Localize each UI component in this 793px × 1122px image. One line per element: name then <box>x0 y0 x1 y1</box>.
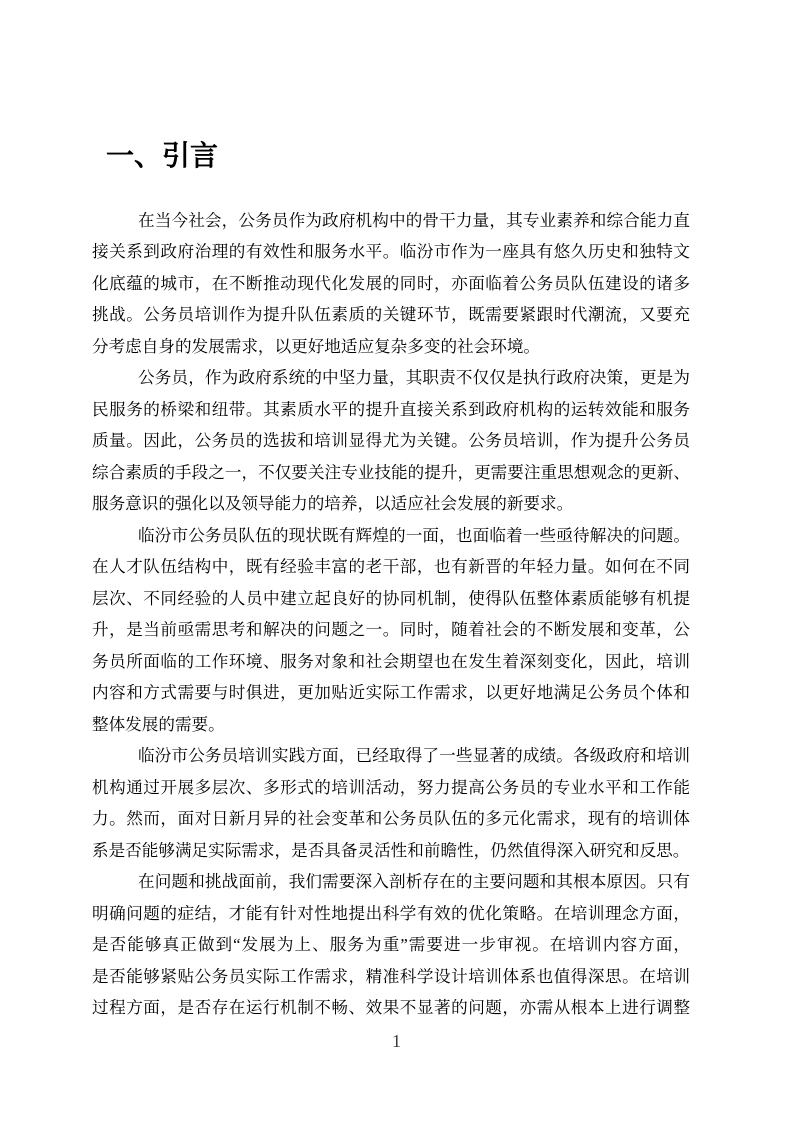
paragraph-line: 在人才队伍结构中，既有经验丰富的老干部，也有新晋的年轻力量。如何在不同 <box>92 551 690 583</box>
paragraph: 在问题和挑战面前，我们需要深入剖析存在的主要问题和其根本原因。只有明确问题的症结… <box>92 866 690 1024</box>
paragraph: 在当今社会，公务员作为政府机构中的骨干力量，其专业素养和综合能力直接关系到政府治… <box>92 205 690 363</box>
section-heading: 一、引言 <box>106 136 690 176</box>
paragraph-line: 在问题和挑战面前，我们需要深入剖析存在的主要问题和其根本原因。只有 <box>92 866 690 898</box>
paragraph-line: 务员所面临的工作环境、服务对象和社会期望也在发生着深刻变化，因此，培训 <box>92 646 690 678</box>
paragraph-line: 挑战。公务员培训作为提升队伍素质的关键环节，既需要紧跟时代潮流，又要充 <box>92 299 690 331</box>
paragraph-line: 明确问题的症结，才能有针对性地提出科学有效的优化策略。在培训理念方面， <box>92 898 690 930</box>
paragraph-line: 化底蕴的城市，在不断推动现代化发展的同时，亦面临着公务员队伍建设的诸多 <box>92 268 690 300</box>
paragraph-line: 是否能够真正做到“发展为上、服务为重”需要进一步审视。在培训内容方面， <box>92 929 690 961</box>
paragraph-line: 临汾市公务员培训实践方面，已经取得了一些显著的成绩。各级政府和培训 <box>92 740 690 772</box>
paragraph-line: 是否能够紧贴公务员实际工作需求，精准科学设计培训体系也值得深思。在培训 <box>92 961 690 993</box>
paragraph-line: 力。然而，面对日新月异的社会变革和公务员队伍的多元化需求，现有的培训体 <box>92 803 690 835</box>
paragraph-line: 公务员，作为政府系统的中坚力量，其职责不仅仅是执行政府决策，更是为 <box>92 362 690 394</box>
document-content: 一、引言 在当今社会，公务员作为政府机构中的骨干力量，其专业素养和综合能力直接关… <box>92 0 690 1024</box>
page-number: 1 <box>0 1031 793 1052</box>
paragraph: 临汾市公务员培训实践方面，已经取得了一些显著的成绩。各级政府和培训机构通过开展多… <box>92 740 690 866</box>
paragraph-line: 在当今社会，公务员作为政府机构中的骨干力量，其专业素养和综合能力直 <box>92 205 690 237</box>
paragraph-line: 过程方面，是否存在运行机制不畅、效果不显著的问题，亦需从根本上进行调整 <box>92 992 690 1024</box>
paragraph-line: 临汾市公务员队伍的现状既有辉煌的一面，也面临着一些亟待解决的问题。 <box>92 520 690 552</box>
paragraph-line: 系是否能够满足实际需求，是否具备灵活性和前瞻性，仍然值得深入研究和反思。 <box>92 835 690 867</box>
paragraph-line: 层次、不同经验的人员中建立起良好的协同机制，使得队伍整体素质能够有机提 <box>92 583 690 615</box>
paragraph-line: 综合素质的手段之一，不仅要关注专业技能的提升，更需要注重思想观念的更新、 <box>92 457 690 489</box>
document-body: 在当今社会，公务员作为政府机构中的骨干力量，其专业素养和综合能力直接关系到政府治… <box>92 205 690 1024</box>
paragraph-line: 升，是当前亟需思考和解决的问题之一。同时，随着社会的不断发展和变革，公 <box>92 614 690 646</box>
paragraph: 公务员，作为政府系统的中坚力量，其职责不仅仅是执行政府决策，更是为民服务的桥梁和… <box>92 362 690 520</box>
paragraph-line: 分考虑自身的发展需求，以更好地适应复杂多变的社会环境。 <box>92 331 690 363</box>
document-page: 一、引言 在当今社会，公务员作为政府机构中的骨干力量，其专业素养和综合能力直接关… <box>0 0 793 1122</box>
paragraph-line: 接关系到政府治理的有效性和服务水平。临汾市作为一座具有悠久历史和独特文 <box>92 236 690 268</box>
paragraph-line: 内容和方式需要与时俱进，更加贴近实际工作需求，以更好地满足公务员个体和 <box>92 677 690 709</box>
paragraph-line: 质量。因此，公务员的选拔和培训显得尤为关键。公务员培训，作为提升公务员 <box>92 425 690 457</box>
paragraph-line: 整体发展的需要。 <box>92 709 690 741</box>
paragraph-line: 服务意识的强化以及领导能力的培养，以适应社会发展的新要求。 <box>92 488 690 520</box>
paragraph-line: 民服务的桥梁和纽带。其素质水平的提升直接关系到政府机构的运转效能和服务 <box>92 394 690 426</box>
paragraph: 临汾市公务员队伍的现状既有辉煌的一面，也面临着一些亟待解决的问题。在人才队伍结构… <box>92 520 690 741</box>
paragraph-line: 机构通过开展多层次、多形式的培训活动，努力提高公务员的专业水平和工作能 <box>92 772 690 804</box>
